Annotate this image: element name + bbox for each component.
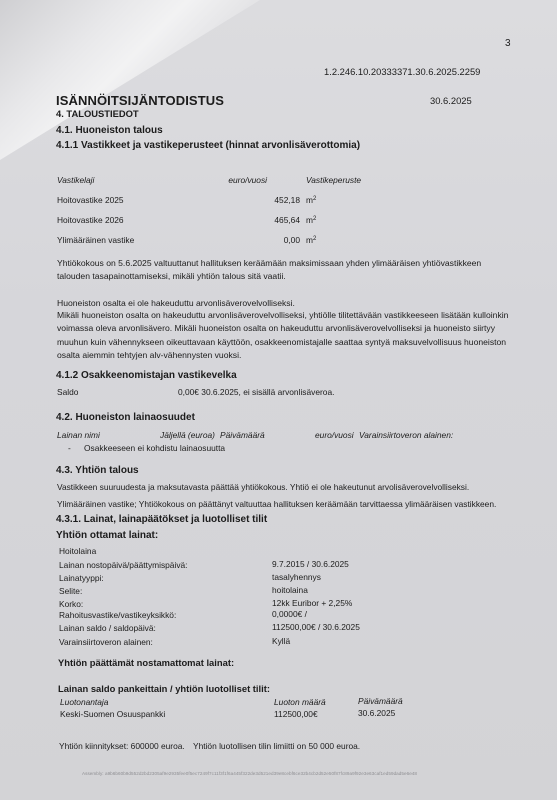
col-header-remaining: Jäljellä (euroa) [160, 430, 215, 440]
document-date: 30.6.2025 [430, 95, 472, 106]
heading-4-3: 4.3. Yhtiön talous [56, 465, 139, 476]
page-number: 3 [505, 38, 511, 49]
col-header-transfer-tax: Varainsiirtoveron alainen: [359, 430, 453, 440]
heading-4-2: 4.2. Huoneiston lainaosuudet [56, 412, 195, 423]
paragraph-extra-fee: Yhtiökokous on 5.6.2025 valtuuttanut hal… [57, 257, 512, 284]
balance-label: Saldo [57, 387, 78, 397]
undrawn-loans-heading: Yhtiön päättämät nostamattomat lainat: [58, 657, 234, 668]
credit-limit-note: Yhtiön luotollisen tilin limiitti on 50 … [193, 741, 360, 751]
mortgages-note: Yhtiön kiinnitykset: 600000 euroa. [59, 741, 185, 751]
no-loan-share-note: Osakkeeseen ei kohdistu lainaosuutta [84, 443, 225, 453]
paragraph-fee-decision: Vastikkeen suuruudesta ja maksutavasta p… [57, 482, 469, 492]
col-header-bank-date: Päivämäärä [358, 696, 403, 706]
col-header-amount: euro/vuosi [228, 175, 267, 185]
bullet-dash: - [68, 443, 71, 453]
company-loans-heading: Yhtiön ottamat lainat: [56, 530, 158, 541]
heading-4-1-1: 4.1.1 Vastikkeet ja vastikeperusteet (hi… [56, 140, 360, 151]
document-id: 1.2.246.10.20333371.30.6.2025.2259 [324, 66, 480, 77]
loan-name: Hoitolaina [59, 546, 96, 556]
document-title: ISÄNNÖITSIJÄNTODISTUS [56, 93, 224, 108]
paragraph-extra-fee-decision: Ylimääräinen vastike; Yhtiökokous on pää… [57, 499, 496, 509]
col-header-per-year: euro/vuosi [315, 430, 354, 440]
page-curl-shadow [0, 0, 90, 140]
paragraph-vat-info: Mikäli huoneiston osalta on hakeuduttu a… [57, 309, 512, 362]
hash-value: a9b6b60b9d552d2bd2305af9e2935fee0f5ec724… [105, 771, 417, 776]
col-header-type: Vastikelaji [57, 175, 94, 185]
col-header-lender: Luotonantaja [60, 697, 108, 707]
col-header-basis: Vastikeperuste [306, 175, 361, 185]
col-header-date: Päivämäärä [220, 430, 265, 440]
balance-value: 0,00€ 30.6.2025, ei sisällä arvonlisäver… [178, 387, 334, 397]
footer-hash: Assembly: a9b6b60b9d552d2bd2305af9e2935f… [82, 771, 417, 776]
hash-label: Assembly: [82, 771, 104, 776]
bank-balances-heading: Lainan saldo pankeittain / yhtiön luotol… [58, 683, 270, 694]
section-heading: 4. TALOUSTIEDOT [56, 108, 139, 119]
heading-4-1: 4.1. Huoneiston talous [56, 125, 163, 136]
heading-4-3-1: 4.3.1. Lainat, lainapäätökset ja luotoll… [56, 514, 267, 525]
heading-4-1-2: 4.1.2 Osakkeenomistajan vastikevelka [56, 370, 237, 381]
col-header-credit-amount: Luoton määrä [274, 697, 326, 707]
col-header-loan-name: Lainan nimi [57, 430, 100, 440]
